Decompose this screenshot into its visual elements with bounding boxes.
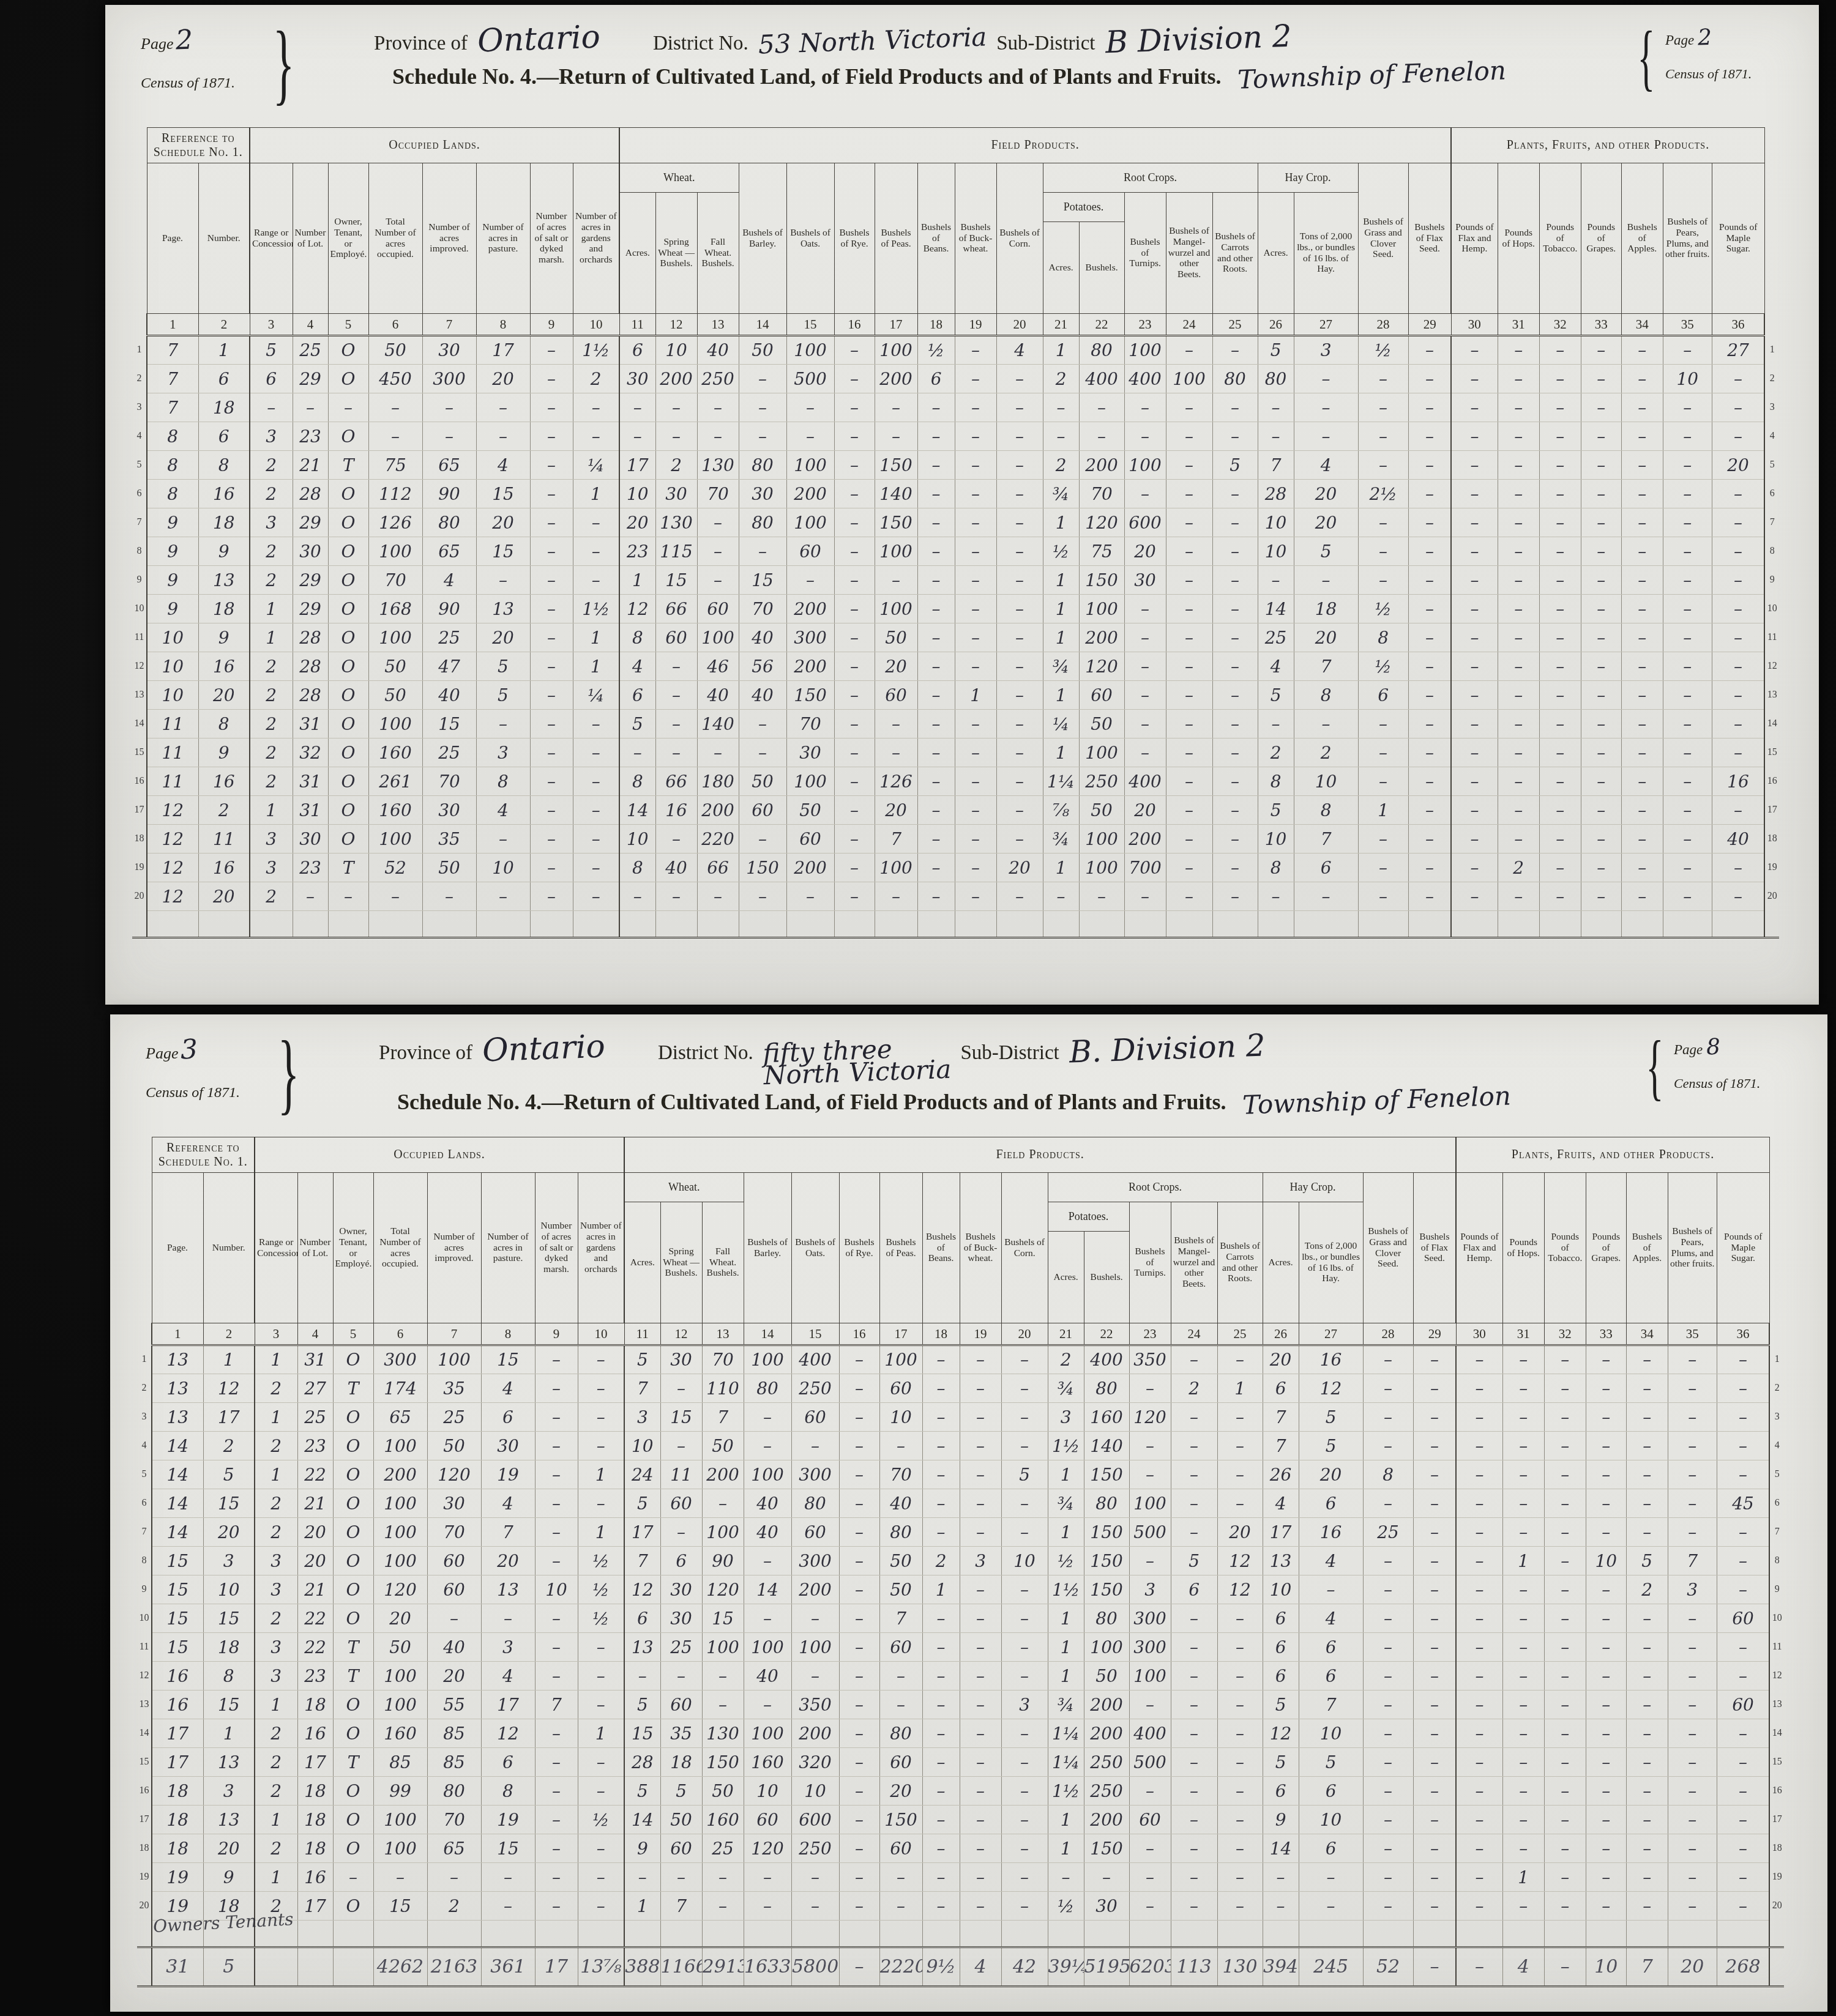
record-row: 111518322T50403––1325100100100–60–––1100… <box>137 1633 1784 1662</box>
field-value: – <box>1626 1460 1668 1489</box>
field-value: 45 <box>1717 1489 1769 1518</box>
field-value: 1 <box>255 1863 297 1892</box>
field-value: – <box>1539 595 1581 623</box>
field-value: – <box>422 422 476 451</box>
field-value: ¼ <box>573 681 619 710</box>
field-value: ¾ <box>1043 825 1079 854</box>
field-value: 29 <box>293 508 328 537</box>
field-value: 2 <box>1294 738 1358 767</box>
field-value <box>875 911 917 938</box>
column-number: 36 <box>1712 314 1764 336</box>
column-number: 25 <box>1217 1323 1263 1345</box>
field-value: – <box>1358 365 1408 393</box>
field-value: – <box>960 1489 1001 1518</box>
field-value: 100 <box>1129 1662 1171 1691</box>
field-value: 18 <box>198 595 250 623</box>
field-value: – <box>1363 1489 1413 1518</box>
field-value: 21 <box>297 1575 333 1604</box>
field-value: – <box>1413 1460 1456 1489</box>
field-value: 60 <box>660 1834 702 1863</box>
field-value: 80 <box>739 451 786 480</box>
field-value <box>1358 911 1408 938</box>
field-value: 200 <box>1084 1806 1129 1834</box>
field-value: – <box>1717 1633 1769 1662</box>
field-value: – <box>922 1374 960 1403</box>
field-value: – <box>917 854 955 882</box>
field-value <box>1124 911 1166 938</box>
field-value: 6 <box>1263 1633 1299 1662</box>
header-flax-hemp: Pounds of Flax and Hemp. <box>1451 163 1498 314</box>
field-value: – <box>917 393 955 422</box>
field-value: 150 <box>1084 1460 1129 1489</box>
field-value: – <box>922 1345 960 1374</box>
header-flax-seed: Bushels of Flax Seed. <box>1413 1173 1456 1323</box>
field-value: 28 <box>624 1748 660 1777</box>
field-value: 3 <box>476 738 530 767</box>
header-group-root-crops: Root Crops. <box>1043 163 1258 193</box>
field-value: – <box>1166 738 1212 767</box>
field-value <box>1544 1921 1586 1947</box>
field-value <box>1084 1921 1129 1947</box>
field-value: 3 <box>250 508 293 537</box>
field-value: – <box>1166 825 1212 854</box>
row-number: 14 <box>137 1719 152 1748</box>
row-number <box>137 1947 152 1987</box>
field-value: 2 <box>255 1432 297 1460</box>
field-value: – <box>1581 796 1621 825</box>
field-value: – <box>481 1863 535 1892</box>
field-value: ½ <box>578 1547 624 1575</box>
column-number: 33 <box>1581 314 1621 336</box>
field-value: – <box>1621 365 1663 393</box>
field-value: – <box>1413 1806 1456 1834</box>
field-value: 85 <box>373 1748 427 1777</box>
field-value: 40 <box>879 1489 922 1518</box>
field-value: – <box>619 882 655 911</box>
field-value: 90 <box>702 1547 744 1575</box>
field-value <box>955 911 996 938</box>
field-value: 9 <box>147 595 198 623</box>
field-value: 150 <box>786 681 834 710</box>
field-value: 50 <box>875 623 917 652</box>
field-value: 400 <box>1124 767 1166 796</box>
field-value: – <box>1456 1547 1502 1575</box>
field-value: 130 <box>702 1719 744 1748</box>
field-value: – <box>917 537 955 566</box>
field-value: 18 <box>152 1806 203 1834</box>
field-value: – <box>922 1892 960 1921</box>
field-value: – <box>834 681 875 710</box>
header-wheat-acres: Acres. <box>624 1202 660 1323</box>
field-value: 60 <box>879 1748 922 1777</box>
field-value: 1 <box>1048 1806 1084 1834</box>
field-value <box>476 911 530 938</box>
brace-glyph: } <box>278 1030 300 1116</box>
row-number: 5 <box>132 451 147 480</box>
field-value: 8 <box>147 422 198 451</box>
row-number: 17 <box>1764 796 1779 825</box>
field-value: 250 <box>791 1834 839 1863</box>
field-value: – <box>1212 652 1258 681</box>
field-value: 400 <box>1129 1719 1171 1748</box>
header-carrots: Bushels of Carrots and other Roots. <box>1217 1202 1263 1323</box>
field-value: 12 <box>147 796 198 825</box>
field-value: 20 <box>297 1518 333 1547</box>
field-value: 30 <box>293 825 328 854</box>
field-value: 15 <box>152 1575 203 1604</box>
field-value: 17 <box>481 1691 535 1719</box>
field-value: – <box>739 710 786 738</box>
field-value: 126 <box>875 767 917 796</box>
field-value: 1 <box>255 1460 297 1489</box>
field-value: 66 <box>697 854 739 882</box>
field-value: ¾ <box>1043 652 1079 681</box>
census-year-label: Census of 1871. <box>146 1085 266 1101</box>
field-value: 150 <box>875 508 917 537</box>
row-number: 7 <box>132 508 147 537</box>
field-value: – <box>1217 1748 1263 1777</box>
column-number: 34 <box>1626 1323 1668 1345</box>
field-value: – <box>1451 336 1498 365</box>
field-value: 42 <box>1001 1947 1048 1987</box>
field-value: – <box>578 1345 624 1374</box>
field-value: – <box>1079 882 1124 911</box>
field-value: – <box>917 480 955 508</box>
row-number: 4 <box>132 422 147 451</box>
field-value: 40 <box>427 1633 481 1662</box>
field-value: 13 <box>152 1374 203 1403</box>
field-value: – <box>922 1432 960 1460</box>
field-value: – <box>1363 1748 1413 1777</box>
field-value: – <box>481 1892 535 1921</box>
field-value: – <box>1498 681 1539 710</box>
field-value: – <box>1456 1777 1502 1806</box>
row-number: 10 <box>1769 1604 1784 1633</box>
field-value: 16 <box>198 854 250 882</box>
field-value: 13 <box>476 595 530 623</box>
schedule-title: Schedule No. 4.—Return of Cultivated Lan… <box>392 64 1221 89</box>
field-value: 4 <box>960 1947 1001 1987</box>
header-bar­ley: Bushels of Barley. <box>744 1173 791 1323</box>
field-value: 100 <box>373 1691 427 1719</box>
field-value: 2 <box>250 566 293 595</box>
field-value: – <box>1217 1892 1263 1921</box>
field-value: 5 <box>203 1947 255 1987</box>
field-value: 250 <box>697 365 739 393</box>
field-value: 1 <box>1217 1374 1263 1403</box>
header-main: Province of Ontario District No. fifty t… <box>312 1030 1636 1115</box>
field-value <box>834 911 875 938</box>
field-value <box>702 1921 744 1947</box>
field-value: – <box>1456 1489 1502 1518</box>
field-value: 80 <box>879 1719 922 1748</box>
header-group-reference: Reference to Schedule No. 1. <box>147 128 250 163</box>
field-value: – <box>1626 1345 1668 1374</box>
field-value: 6203 <box>1129 1947 1171 1987</box>
field-value: – <box>530 480 573 508</box>
row-number: 13 <box>137 1691 152 1719</box>
field-value: – <box>1663 451 1712 480</box>
column-number: 5 <box>328 314 368 336</box>
field-value: ½ <box>1358 336 1408 365</box>
field-value: – <box>1001 1345 1048 1374</box>
field-value: – <box>1171 1748 1217 1777</box>
field-value: – <box>573 767 619 796</box>
row-number: 5 <box>137 1460 152 1489</box>
field-value: 2 <box>655 451 697 480</box>
header-turnips: Bushels of Turnips. <box>1124 193 1166 314</box>
field-value: – <box>739 738 786 767</box>
field-value: – <box>1129 1432 1171 1460</box>
field-value: – <box>1668 1719 1717 1748</box>
field-value: – <box>1498 537 1539 566</box>
row-number: 8 <box>1769 1547 1784 1575</box>
header-hay-tons: Tons of 2,000 lbs., or bundles of 16 lbs… <box>1294 193 1358 314</box>
field-value: – <box>960 1748 1001 1777</box>
field-value: – <box>1717 1834 1769 1863</box>
field-value: – <box>530 508 573 537</box>
field-value: 13 <box>198 566 250 595</box>
field-value: – <box>996 422 1043 451</box>
field-value: 23 <box>293 422 328 451</box>
totals-row: 315426221633611713⅞3881166291316335800–2… <box>137 1947 1784 1987</box>
field-value: T <box>328 451 368 480</box>
field-value: 80 <box>422 508 476 537</box>
header-oats: Bushels of Oats. <box>791 1173 839 1323</box>
brace-glyph: } <box>273 21 295 106</box>
column-number: 17 <box>875 314 917 336</box>
page-number-handwritten: 3 <box>181 1038 198 1063</box>
header-tobacco: Pounds of Tobacco. <box>1539 163 1581 314</box>
field-value: – <box>1363 1432 1413 1460</box>
field-value: – <box>917 566 955 595</box>
field-value: 70 <box>786 710 834 738</box>
field-value: 24 <box>624 1460 660 1489</box>
field-value: O <box>333 1777 373 1806</box>
field-value: – <box>1358 882 1408 911</box>
header-owner-tenant: Owner, Tenant, or Employé. <box>333 1173 373 1323</box>
province-label: Province of <box>379 1042 472 1065</box>
column-number: 4 <box>293 314 328 336</box>
field-value: 13 <box>203 1748 255 1777</box>
field-value: – <box>578 1863 624 1892</box>
column-number-row: 1234567891011121314151617181920212223242… <box>137 1323 1784 1345</box>
field-value: – <box>1663 681 1712 710</box>
field-value: – <box>1544 1633 1586 1662</box>
field-value: 150 <box>1084 1547 1129 1575</box>
field-value: – <box>917 796 955 825</box>
field-value: – <box>1456 1892 1502 1921</box>
header-apples: Bushels of Apples. <box>1621 163 1663 314</box>
field-value: 394 <box>1263 1947 1299 1987</box>
field-value: 8 <box>198 710 250 738</box>
field-value: 15 <box>481 1834 535 1863</box>
page-label: Page <box>1665 32 1694 48</box>
record-row <box>137 1921 1784 1947</box>
field-value: – <box>1212 738 1258 767</box>
field-value: – <box>1539 681 1581 710</box>
field-value: – <box>1363 1403 1413 1432</box>
field-value: 1 <box>1048 1460 1084 1489</box>
field-value: – <box>1544 1432 1586 1460</box>
field-value: – <box>1581 365 1621 393</box>
field-value: ½ <box>1043 537 1079 566</box>
field-value: – <box>535 1863 578 1892</box>
field-value: – <box>1668 1863 1717 1892</box>
field-value: – <box>839 1374 879 1403</box>
field-value: 200 <box>697 796 739 825</box>
field-value: 6 <box>481 1748 535 1777</box>
field-value: 4 <box>422 566 476 595</box>
subdistrict-label: Sub-District <box>996 32 1095 55</box>
field-value: – <box>875 710 917 738</box>
column-number: 35 <box>1663 314 1712 336</box>
field-value: 10 <box>744 1777 791 1806</box>
field-value: 200 <box>786 480 834 508</box>
field-value: – <box>1129 1691 1171 1719</box>
field-value: – <box>1217 1633 1263 1662</box>
field-value: – <box>1001 1892 1048 1921</box>
field-value: 10 <box>1586 1947 1626 1987</box>
field-value: – <box>1581 767 1621 796</box>
header-potatoes-acres: Acres. <box>1048 1232 1084 1323</box>
field-value: – <box>1502 1806 1544 1834</box>
field-value: – <box>530 882 573 911</box>
field-value: 20 <box>1294 480 1358 508</box>
field-value: 15 <box>624 1719 660 1748</box>
field-value: 100 <box>1079 738 1124 767</box>
header-spring-wheat: Spring Wheat — Bushels. <box>660 1202 702 1323</box>
field-value: – <box>1621 623 1663 652</box>
field-value: – <box>1498 480 1539 508</box>
column-number: 2 <box>198 314 250 336</box>
header-corn: Bushels of Corn. <box>996 163 1043 314</box>
field-value: 2 <box>573 365 619 393</box>
field-value: 220 <box>697 825 739 854</box>
field-value: – <box>744 1892 791 1921</box>
field-value: – <box>1498 595 1539 623</box>
field-value: – <box>481 1604 535 1633</box>
row-number: 16 <box>1764 767 1779 796</box>
field-value: – <box>1581 537 1621 566</box>
record-row: 31317125O65256––3157–60–10–––3160120––75… <box>137 1403 1784 1432</box>
field-value: 6 <box>624 1604 660 1633</box>
row-number: 2 <box>1764 365 1779 393</box>
row-number: 9 <box>137 1575 152 1604</box>
row-number: 8 <box>137 1547 152 1575</box>
field-value: 16 <box>152 1691 203 1719</box>
field-value: 320 <box>791 1748 839 1777</box>
field-value: – <box>1456 1719 1502 1748</box>
field-value: 18 <box>198 393 250 422</box>
page-number-handwritten: 2 <box>176 28 193 53</box>
field-value: 60 <box>791 1403 839 1432</box>
row-number-gutter <box>137 1137 152 1345</box>
field-value: – <box>1498 336 1539 365</box>
field-value: – <box>1498 652 1539 681</box>
row-number: 9 <box>132 566 147 595</box>
field-value: 23 <box>297 1432 333 1460</box>
field-value: – <box>1413 1633 1456 1662</box>
row-number <box>1769 1921 1784 1947</box>
field-value: 50 <box>427 1432 481 1460</box>
field-value: – <box>1084 1863 1129 1892</box>
field-value: – <box>697 422 739 451</box>
field-value <box>1079 911 1124 938</box>
field-value: 20 <box>476 508 530 537</box>
field-value: – <box>655 825 697 854</box>
field-value: – <box>996 508 1043 537</box>
field-value: 25 <box>1363 1518 1413 1547</box>
field-value: 14 <box>1263 1834 1299 1863</box>
field-value: ½ <box>917 336 955 365</box>
record-row: 3718––––––––––––––––––––––––––––––––––3 <box>132 393 1779 422</box>
field-value: – <box>739 365 786 393</box>
column-number: 12 <box>655 314 697 336</box>
column-number: 19 <box>955 314 996 336</box>
field-value: – <box>1586 1748 1626 1777</box>
field-value: – <box>996 537 1043 566</box>
field-value: O <box>328 537 368 566</box>
field-value: – <box>1502 1633 1544 1662</box>
column-number: 9 <box>535 1323 578 1345</box>
field-value: – <box>1502 1777 1544 1806</box>
field-value: – <box>535 1345 578 1374</box>
field-value: 3 <box>250 854 293 882</box>
field-value <box>655 911 697 938</box>
field-value: – <box>1581 710 1621 738</box>
field-value: – <box>1299 1863 1363 1892</box>
field-value: – <box>1358 422 1408 451</box>
field-value: 9 <box>198 623 250 652</box>
field-value: 18 <box>297 1691 333 1719</box>
field-value: – <box>1217 1662 1263 1691</box>
field-value: – <box>1299 1892 1363 1921</box>
header-acres-marsh: Number of acres of salt or dyked marsh. <box>535 1173 578 1323</box>
field-value: 10 <box>655 336 697 365</box>
field-value: – <box>1408 652 1451 681</box>
field-value: 126 <box>368 508 422 537</box>
field-value: 200 <box>786 595 834 623</box>
field-value: – <box>922 1518 960 1547</box>
field-value: 18 <box>297 1777 333 1806</box>
field-value: 6 <box>1263 1604 1299 1633</box>
field-value: 10 <box>1663 365 1712 393</box>
field-value: 10 <box>1001 1547 1048 1575</box>
field-value: 2 <box>1043 451 1079 480</box>
field-value: – <box>1663 623 1712 652</box>
field-value: – <box>1001 1633 1048 1662</box>
field-value <box>1001 1921 1048 1947</box>
field-value <box>293 911 328 938</box>
field-value: – <box>955 393 996 422</box>
field-value: – <box>1212 537 1258 566</box>
row-number: 13 <box>1769 1691 1784 1719</box>
field-value: – <box>1586 1604 1626 1633</box>
column-number: 30 <box>1456 1323 1502 1345</box>
header-grapes: Pounds of Grapes. <box>1586 1173 1626 1323</box>
header-acres-occupied: Total Number of acres occupied. <box>373 1173 427 1323</box>
field-value: 1 <box>922 1575 960 1604</box>
field-value: – <box>839 1604 879 1633</box>
row-number: 15 <box>1764 738 1779 767</box>
field-value: – <box>1408 681 1451 710</box>
field-value: 60 <box>655 623 697 652</box>
field-value: 9 <box>203 1863 255 1892</box>
field-value: 7 <box>147 393 198 422</box>
field-value <box>1263 1921 1299 1947</box>
field-value: 3 <box>203 1777 255 1806</box>
